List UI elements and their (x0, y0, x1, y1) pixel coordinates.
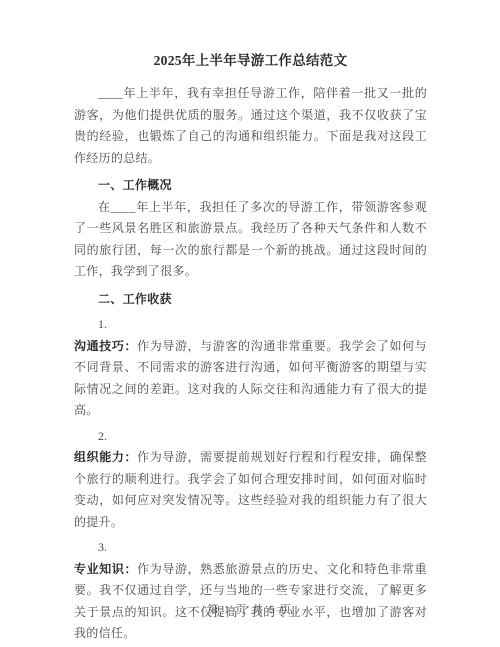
list-item-paragraph-2: 组织能力：作为导游，需要提前规划好行程和行程安排，确保整个旅行的顺利进行。我学会… (74, 447, 427, 533)
list-item-paragraph-1: 沟通技巧：作为导游，与游客的沟通非常重要。我学会了如何与不同背景、不同需求的游客… (74, 336, 427, 422)
document-page: 2025年上半年导游工作总结范文 ____年上半年，我有幸担任导游工作，陪伴着一… (0, 0, 500, 647)
page-title: 2025年上半年导游工作总结范文 (74, 50, 427, 72)
section-heading-overview: 一、工作概况 (74, 175, 427, 197)
item-label-3: 专业知识： (74, 562, 137, 576)
item-label-2: 组织能力： (74, 450, 137, 464)
page-number: 第 1 页 共 5 页 (0, 602, 500, 618)
item-number-2: 2. (74, 426, 427, 448)
section-paragraph-overview: 在____年上半年，我担任了多次的导游工作，带领游客参观了一些风景名胜区和旅游景… (74, 197, 427, 283)
intro-paragraph: ____年上半年，我有幸担任导游工作，陪伴着一批又一批的游客，为他们提供优质的服… (74, 83, 427, 169)
item-number-1: 1. (74, 314, 427, 336)
item-label-1: 沟通技巧： (74, 339, 137, 353)
section-heading-gains: 二、工作收获 (74, 289, 427, 311)
item-number-3: 3. (74, 537, 427, 559)
